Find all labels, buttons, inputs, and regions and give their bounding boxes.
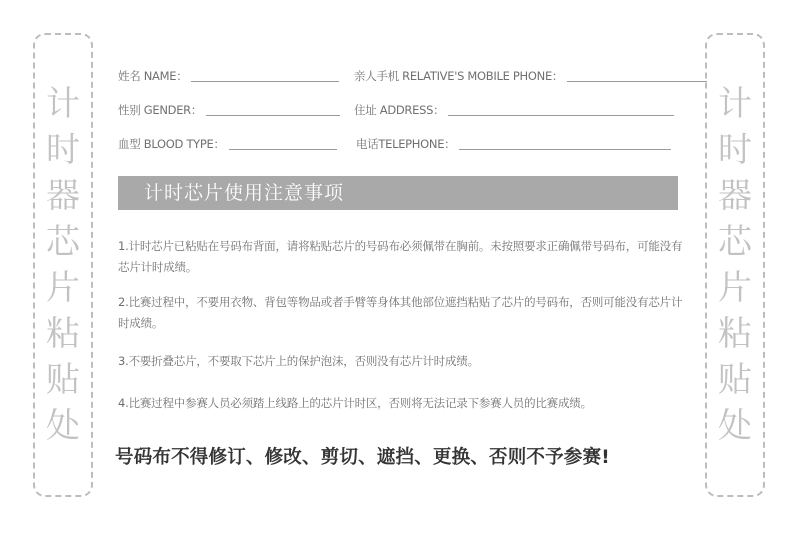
side-label-char: 粘 — [718, 311, 752, 357]
side-label-char: 贴 — [46, 357, 80, 403]
relative-phone-field[interactable]: 亲人手机 RELATIVE'S MOBILE PHONE： — [354, 68, 707, 84]
side-label-char: 时 — [718, 127, 752, 173]
chip-sticker-area-left: 计 时 器 芯 片 粘 贴 处 — [33, 33, 93, 497]
side-label-char: 时 — [46, 127, 80, 173]
side-label-char: 处 — [718, 403, 752, 449]
side-label-char: 计 — [46, 81, 80, 127]
telephone-label: 电话TELEPHONE： — [356, 136, 455, 152]
side-label-char: 片 — [718, 265, 752, 311]
address-label: 住址 ADDRESS： — [354, 102, 444, 118]
chip-sticker-area-right: 计 时 器 芯 片 粘 贴 处 — [705, 33, 765, 497]
side-label-char: 贴 — [718, 357, 752, 403]
side-label-char: 器 — [718, 173, 752, 219]
relative-phone-underline[interactable] — [567, 80, 707, 82]
notice-title: 计时芯片使用注意事项 — [118, 176, 678, 210]
telephone-underline[interactable] — [459, 148, 671, 150]
blood-type-underline[interactable] — [229, 148, 337, 150]
name-label: 姓名 NAME： — [118, 68, 187, 84]
side-label-char: 芯 — [718, 219, 752, 265]
notice-item-1: 1.计时芯片已粘贴在号码布背面，请将粘贴芯片的号码布必须佩带在胸前。未按照要求正… — [118, 236, 683, 278]
side-label-char: 器 — [46, 173, 80, 219]
relative-phone-label: 亲人手机 RELATIVE'S MOBILE PHONE： — [354, 68, 563, 84]
name-underline[interactable] — [191, 80, 339, 82]
name-field[interactable]: 姓名 NAME： — [118, 68, 339, 84]
address-field[interactable]: 住址 ADDRESS： — [354, 102, 674, 118]
gender-label: 性别 GENDER： — [118, 102, 202, 118]
side-label-char: 粘 — [46, 311, 80, 357]
blood-type-field[interactable]: 血型 BLOOD TYPE： — [118, 136, 337, 152]
gender-underline[interactable] — [206, 114, 340, 116]
side-label-char: 芯 — [46, 219, 80, 265]
side-label-char: 处 — [46, 403, 80, 449]
side-label-char: 片 — [46, 265, 80, 311]
notice-item-3: 3.不要折叠芯片，不要取下芯片上的保护泡沫，否则没有芯片计时成绩。 — [118, 351, 683, 372]
gender-field[interactable]: 性别 GENDER： — [118, 102, 340, 118]
side-label-char: 计 — [718, 81, 752, 127]
notice-item-2: 2.比赛过程中，不要用衣物、背包等物品或者手臂等身体其他部位遮挡粘贴了芯片的号码… — [118, 292, 683, 334]
telephone-field[interactable]: 电话TELEPHONE： — [356, 136, 671, 152]
blood-type-label: 血型 BLOOD TYPE： — [118, 136, 225, 152]
address-underline[interactable] — [448, 114, 674, 116]
warning-text: 号码布不得修订、修改、剪切、遮挡、更换、否则不予参赛! — [115, 443, 610, 469]
notice-item-4: 4.比赛过程中参赛人员必须踏上线路上的芯片计时区，否则将无法记录下参赛人员的比赛… — [118, 393, 683, 414]
